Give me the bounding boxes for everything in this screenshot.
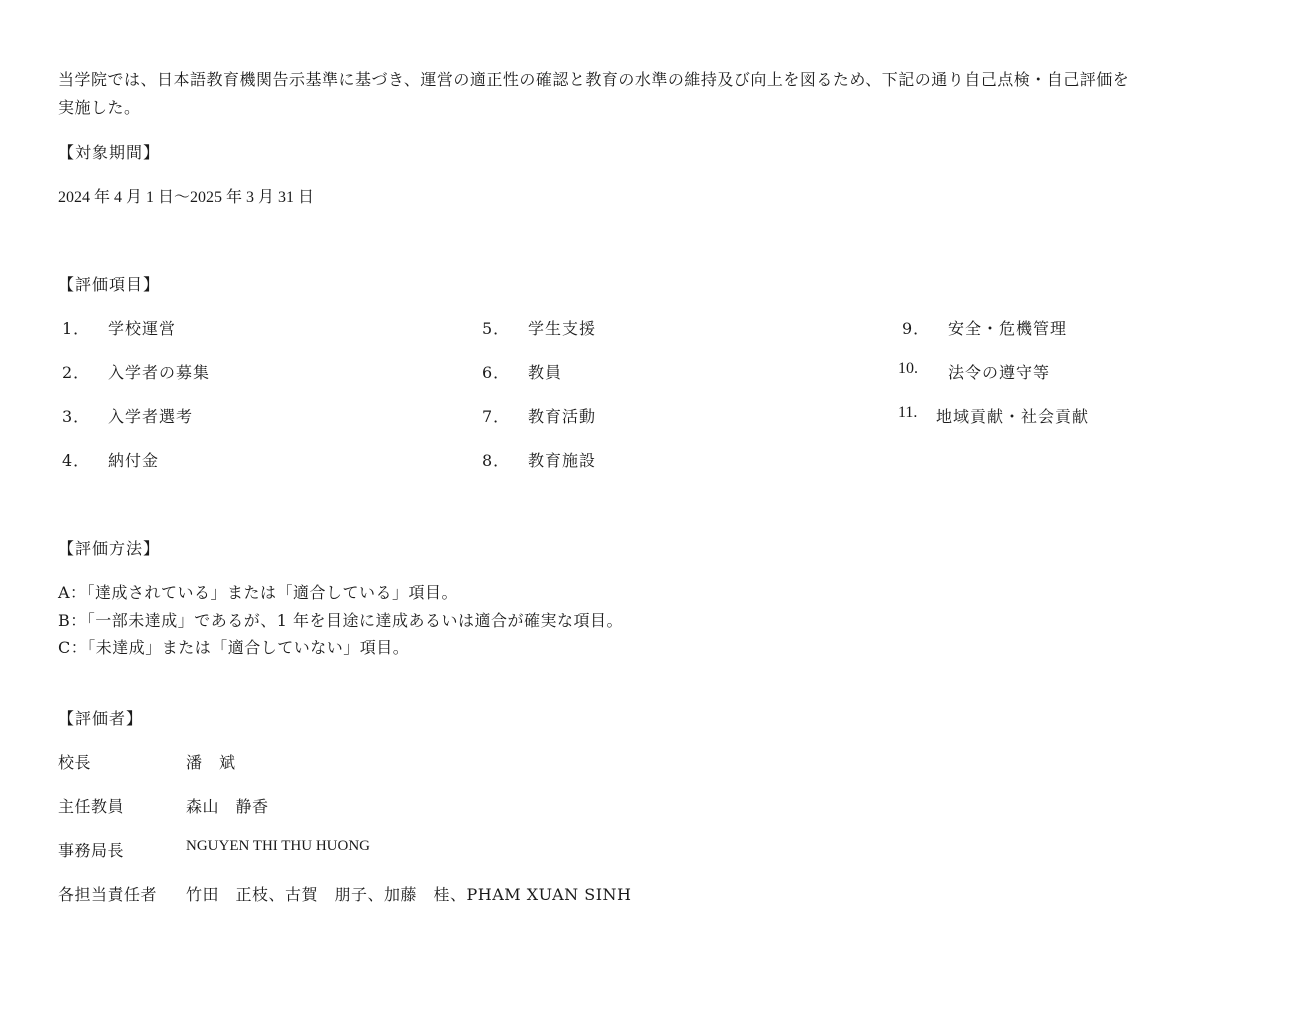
evaluator-row: 校長潘 斌 (58, 750, 236, 773)
period-value: 2024 年 4 月 1 日～2025 年 3 月 31 日 (58, 184, 314, 207)
evaluator-name: NGUYEN THI THU HUONG (186, 838, 370, 861)
intro-line-1: 当学院では、日本語教育機関告示基準に基づき、運営の適正性の確認と教育の水準の維持… (58, 70, 1129, 89)
evaluator-role: 主任教員 (58, 794, 186, 817)
list-item: 1．学校運営 (62, 316, 176, 339)
list-item: 4．納付金 (62, 448, 159, 471)
intro-line-2: 実施した。 (58, 98, 141, 117)
evaluator-row: 各担当責任者竹田 正枝、古賀 朋子、加藤 桂、PHAM XUAN SINH (58, 882, 632, 905)
evaluator-name: 森山 静香 (186, 794, 269, 817)
intro-paragraph: 当学院では、日本語教育機関告示基準に基づき、運営の適正性の確認と教育の水準の維持… (58, 66, 1278, 122)
evaluator-name: 竹田 正枝、古賀 朋子、加藤 桂、PHAM XUAN SINH (186, 882, 632, 905)
list-item: 9．安全・危機管理 (902, 316, 1067, 339)
evaluator-row: 主任教員森山 静香 (58, 794, 269, 817)
evaluator-role: 校長 (58, 750, 186, 773)
list-item: 7．教育活動 (482, 404, 596, 427)
period-heading: 【対象期間】 (58, 140, 160, 163)
method-line-a: A：「達成されている」または「適合している」項目。 (58, 580, 458, 603)
evaluator-role: 事務局長 (58, 838, 186, 861)
list-item: 11.地域貢献・社会貢献 (898, 404, 1089, 427)
list-item: 3．入学者選考 (62, 404, 193, 427)
list-item: 10.法令の遵守等 (898, 360, 1050, 383)
evaluator-row: 事務局長NGUYEN THI THU HUONG (58, 838, 370, 861)
list-item: 8．教育施設 (482, 448, 596, 471)
method-line-b: B：「一部未達成」であるが、1 年を目途に達成あるいは適合が確実な項目。 (58, 608, 623, 631)
items-heading: 【評価項目】 (58, 272, 160, 295)
evaluators-heading: 【評価者】 (58, 706, 143, 729)
list-item: 5．学生支援 (482, 316, 596, 339)
method-line-c: C：「未達成」または「適合していない」項目。 (58, 635, 409, 658)
list-item: 2．入学者の募集 (62, 360, 210, 383)
list-item: 6．教員 (482, 360, 562, 383)
evaluator-name: 潘 斌 (186, 750, 236, 773)
evaluator-role: 各担当責任者 (58, 882, 186, 905)
method-heading: 【評価方法】 (58, 536, 160, 559)
